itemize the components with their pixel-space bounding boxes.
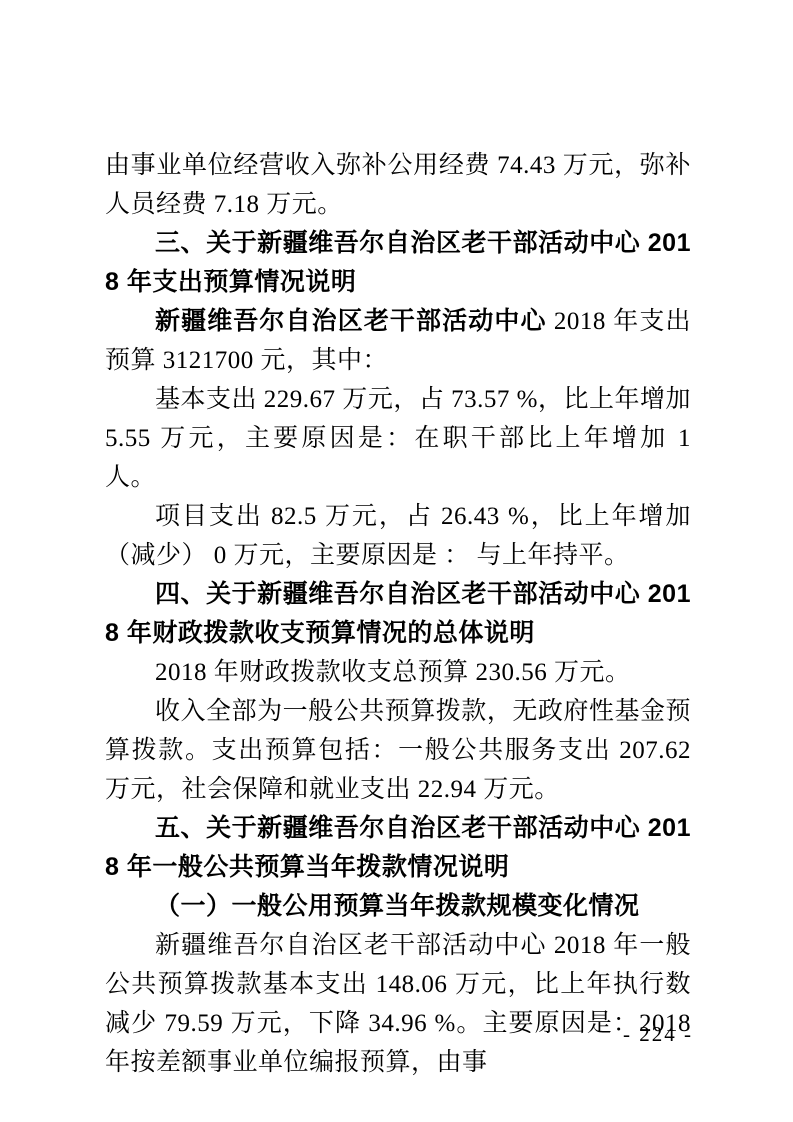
- document-page: 由事业单位经营收入弥补公用经费 74.43 万元，弥补人员经费 7.18 万元。…: [0, 0, 793, 1122]
- sub-section-heading: （一）一般公用预算当年拨款规模变化情况: [105, 887, 691, 926]
- page-number: - 224 -: [623, 1022, 693, 1047]
- body-paragraph: 新疆维吾尔自治区老干部活动中心 2018 年一般公共预算拨款基本支出 148.0…: [105, 926, 691, 1082]
- section-heading: 三、关于新疆维吾尔自治区老干部活动中心 2018 年支出预算情况说明: [105, 224, 691, 302]
- section-heading: 四、关于新疆维吾尔自治区老干部活动中心 2018 年财政拨款收支预算情况的总体说…: [105, 575, 691, 653]
- body-paragraph: 项目支出 82.5 万元，占 26.43 %，比上年增加（减少） 0 万元，主要…: [105, 497, 691, 575]
- body-paragraph: 基本支出 229.67 万元，占 73.57 %，比上年增加 5.55 万元，主…: [105, 380, 691, 497]
- body-paragraph: 2018 年财政拨款收支总预算 230.56 万元。: [105, 653, 691, 692]
- document-body: 由事业单位经营收入弥补公用经费 74.43 万元，弥补人员经费 7.18 万元。…: [105, 146, 691, 1082]
- section-heading: 五、关于新疆维吾尔自治区老干部活动中心 2018 年一般公共预算当年拨款情况说明: [105, 809, 691, 887]
- body-paragraph: 由事业单位经营收入弥补公用经费 74.43 万元，弥补人员经费 7.18 万元。: [105, 146, 691, 224]
- body-paragraph: 新疆维吾尔自治区老干部活动中心 2018 年支出预算 3121700 元，其中：: [105, 302, 691, 380]
- emphasized-text: 新疆维吾尔自治区老干部活动中心: [155, 307, 547, 335]
- body-paragraph: 收入全部为一般公共预算拨款，无政府性基金预算拨款。支出预算包括：一般公共服务支出…: [105, 692, 691, 809]
